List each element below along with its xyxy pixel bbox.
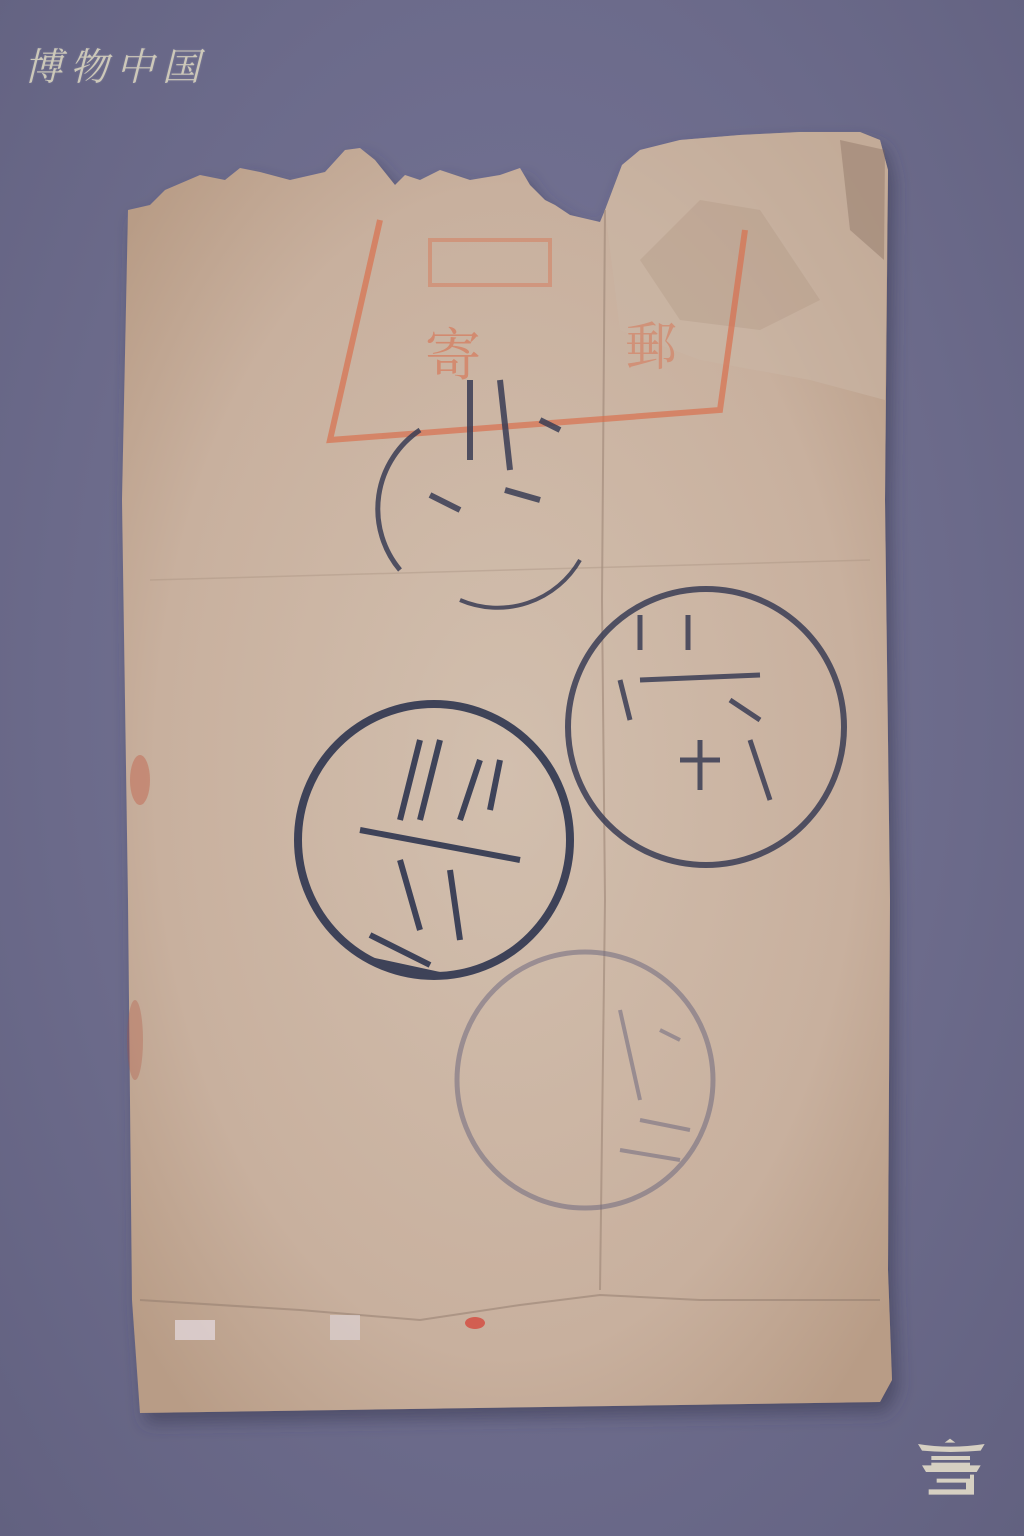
svg-text:郵: 郵 [625,318,677,378]
svg-text:寄: 寄 [425,324,481,389]
museum-logo-icon [902,1422,998,1514]
envelope-photo: 寄 郵 [0,0,1024,1536]
